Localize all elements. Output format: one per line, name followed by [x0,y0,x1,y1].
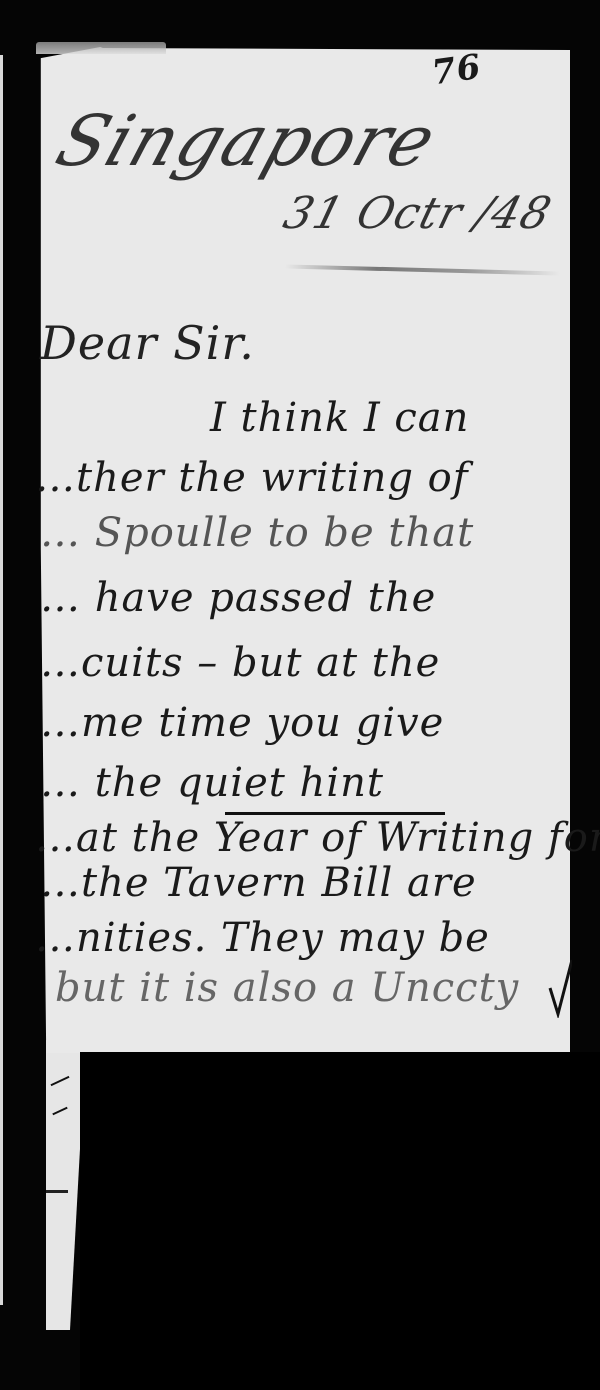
body-line: …at the Year of Writing for… [35,815,600,861]
page-torn-edge [36,42,166,54]
body-line: … Spoulle to be that [40,510,474,556]
letter-place: Singapore [47,100,446,182]
body-line: …nities. They may be [35,915,490,961]
ink-fragment [52,1107,67,1116]
scan-mask-block [80,1052,600,1390]
body-line: … have passed the [40,575,436,621]
body-line: …me time you give [40,700,444,746]
ink-rule-fragment [46,1190,68,1193]
folio-number: 76 [429,47,483,93]
ink-fragment [51,1076,70,1086]
body-line: …cuits – but at the [40,640,440,686]
check-mark-icon [548,958,572,1018]
body-line: …ther the writing of [35,455,469,501]
salutation: Dear Sir. [40,316,255,370]
letter-date: 31 Octr /48 [278,188,557,239]
body-line: … the quiet hint [40,760,384,806]
body-line: but it is also a Unccty [55,965,519,1011]
body-line: I think I can [210,395,469,441]
body-line: …the Tavern Bill are [40,860,477,906]
left-paper-strip [0,55,3,1305]
